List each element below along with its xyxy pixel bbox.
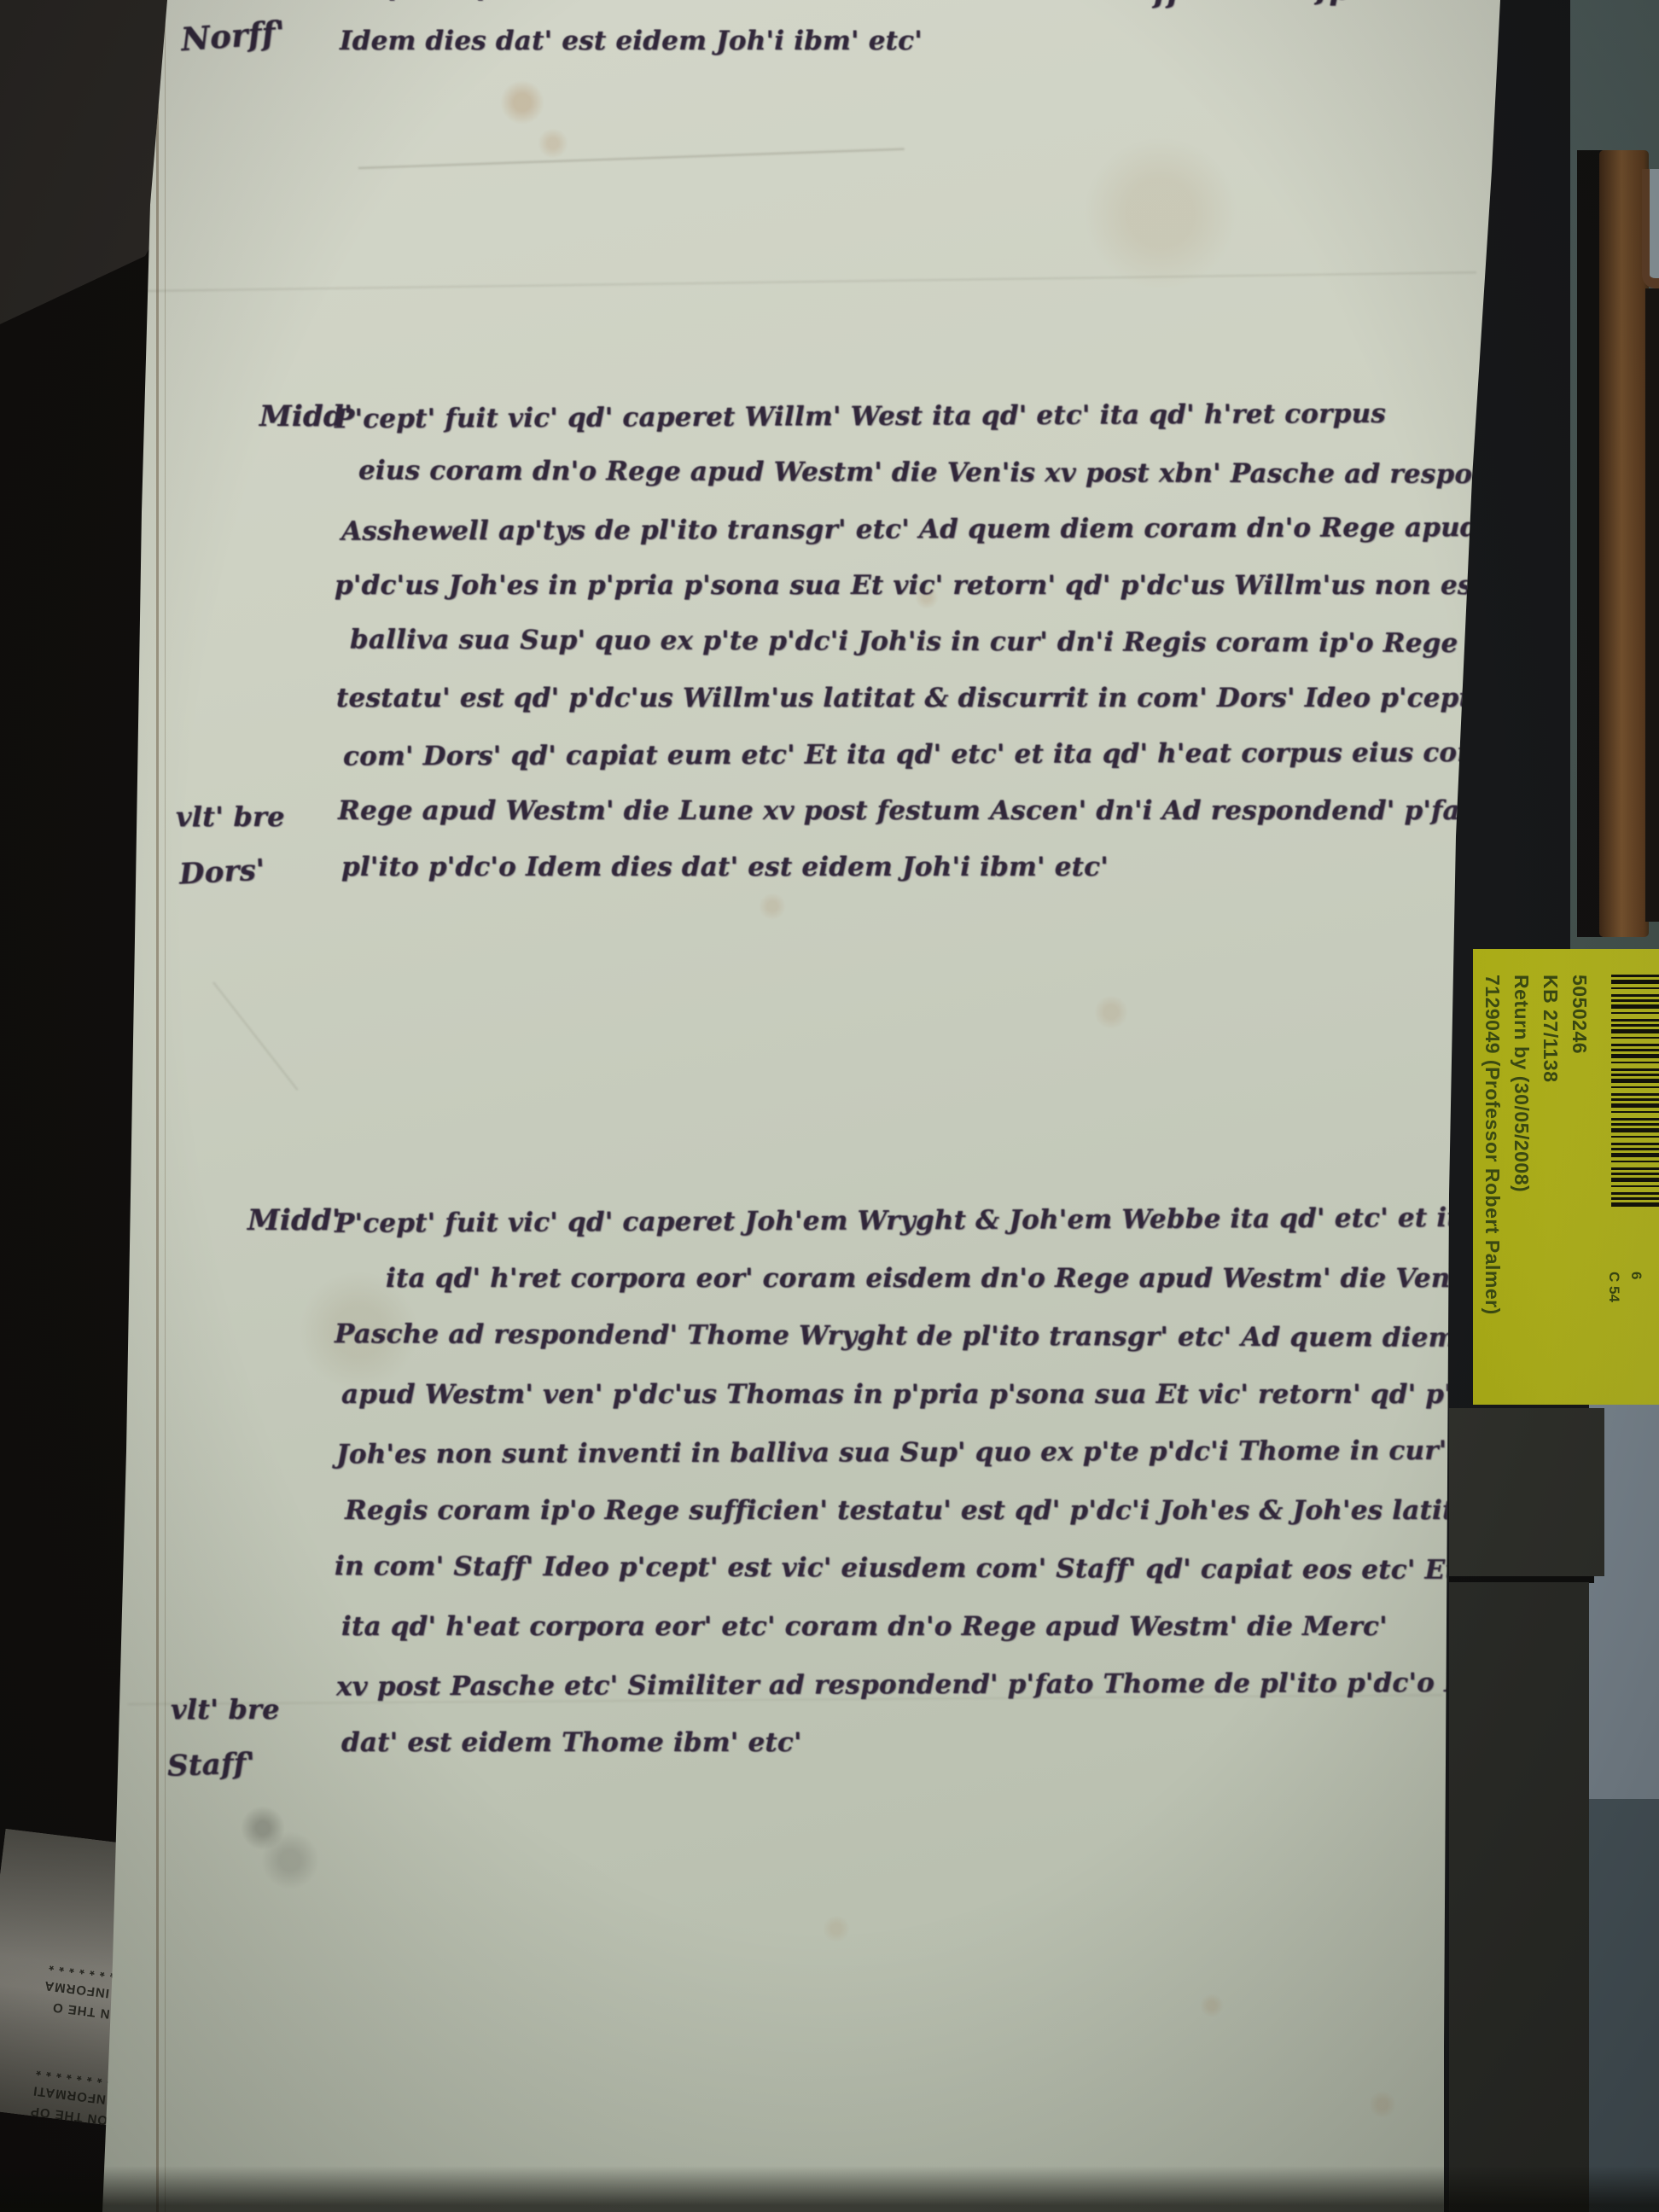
label-document-reference: KB 27/1138 [1539, 975, 1562, 1082]
margin-note-process: vlt' bre [176, 800, 285, 833]
manuscript-line: Joh'es non sunt inventi in balliva sua S… [336, 1435, 1513, 1470]
barcode [1611, 975, 1659, 1210]
background-lower-teal-panel [1584, 1799, 1659, 2212]
margin-note-county-dest: Staff' [166, 1746, 255, 1784]
margin-rule-line [165, 0, 166, 2212]
manuscript-line: P'cept' fuit vic' qd' caperet Joh'em Wry… [335, 1202, 1595, 1239]
manuscript-line: P'cept' fuit vic' qd' caperet Willm' Wes… [335, 399, 1386, 434]
manuscript-line: Asshewell ap'tys de pl'ito transgr' etc'… [341, 511, 1659, 546]
manuscript-line: ſp' [1316, 0, 1360, 7]
label-shelf-code-line: 6 [1625, 1272, 1647, 1302]
manuscript-line: balliva sua Sup' quo ex p'te p'dc'i Joh'… [350, 624, 1606, 659]
manuscript-line: Idem dies dat' est eidem Joh'i ibm' etc' [340, 26, 923, 56]
manuscript-line: ſſ [1154, 0, 1180, 10]
parchment-crease [145, 271, 1476, 292]
label-shelf-code-line: C 54 [1603, 1272, 1625, 1302]
manuscript-line: com' Dors' qd' capiat eum etc' Et ita qd… [343, 736, 1590, 771]
manuscript-line: pl'ito p'dc'o Idem dies dat' est eidem J… [341, 852, 1109, 882]
label-requester: 7129049 (Professor Robert Palmer) [1481, 975, 1504, 1315]
label-barcode-number: 5050246 [1568, 975, 1591, 1054]
picture-frame-opening [1645, 288, 1659, 922]
manuscript-line: testatu' est qd' p'dc'us Willm'us latita… [336, 683, 1659, 713]
parchment-scratch [212, 981, 298, 1090]
parchment-crease [358, 148, 905, 169]
manuscript-line: eius coram dn'o Rege apud Westm' die Ven… [358, 455, 1651, 490]
margin-note-county-dest: Dors' [178, 853, 266, 891]
foam-block-lower [1449, 1582, 1589, 2212]
archive-photo: ON THE OP INFORMATI * * * * * * * * ON T… [0, 0, 1659, 2212]
manuscript-line: ita qd' h'eat corpora eor' etc' coram dn… [341, 1611, 1388, 1642]
margin-note-process: vlt' bre [171, 1693, 280, 1726]
manuscript-line: p'dc'us Joh'es in p'pria p'sona sua Et v… [335, 570, 1659, 601]
foam-block-upper [1449, 1408, 1604, 1576]
margin-note-county: Midd' [247, 1203, 341, 1237]
archive-label: 6 C 54 5050246 KB 27/1138 Return by (30/… [1473, 949, 1659, 1405]
label-shelf-code: 6 C 54 [1603, 1272, 1647, 1302]
manuscript-line: Rege apud Westm' die Lune xv post festum… [338, 795, 1613, 826]
label-return-by-date: Return by (30/05/2008) [1510, 975, 1533, 1192]
manuscript-line: apud Westm' ven' p'dc'us Thomas in p'pri… [341, 1379, 1639, 1410]
manuscript-line: dat' est eidem Thome ibm' etc' [341, 1727, 802, 1758]
manuscript-line: xv post Pasche etc' Similiter ad respond… [336, 1667, 1591, 1702]
picture-frame-inner-corner [1642, 169, 1659, 288]
margin-note-county: Norff' [180, 14, 287, 58]
manuscript-line: xv' post sp'istm' die' [340, 0, 642, 2]
margin-rule-line [156, 0, 159, 2212]
parchment-page: Norff' xv' post sp'istm' die' ſſ ſp' Ide… [0, 0, 1659, 2212]
